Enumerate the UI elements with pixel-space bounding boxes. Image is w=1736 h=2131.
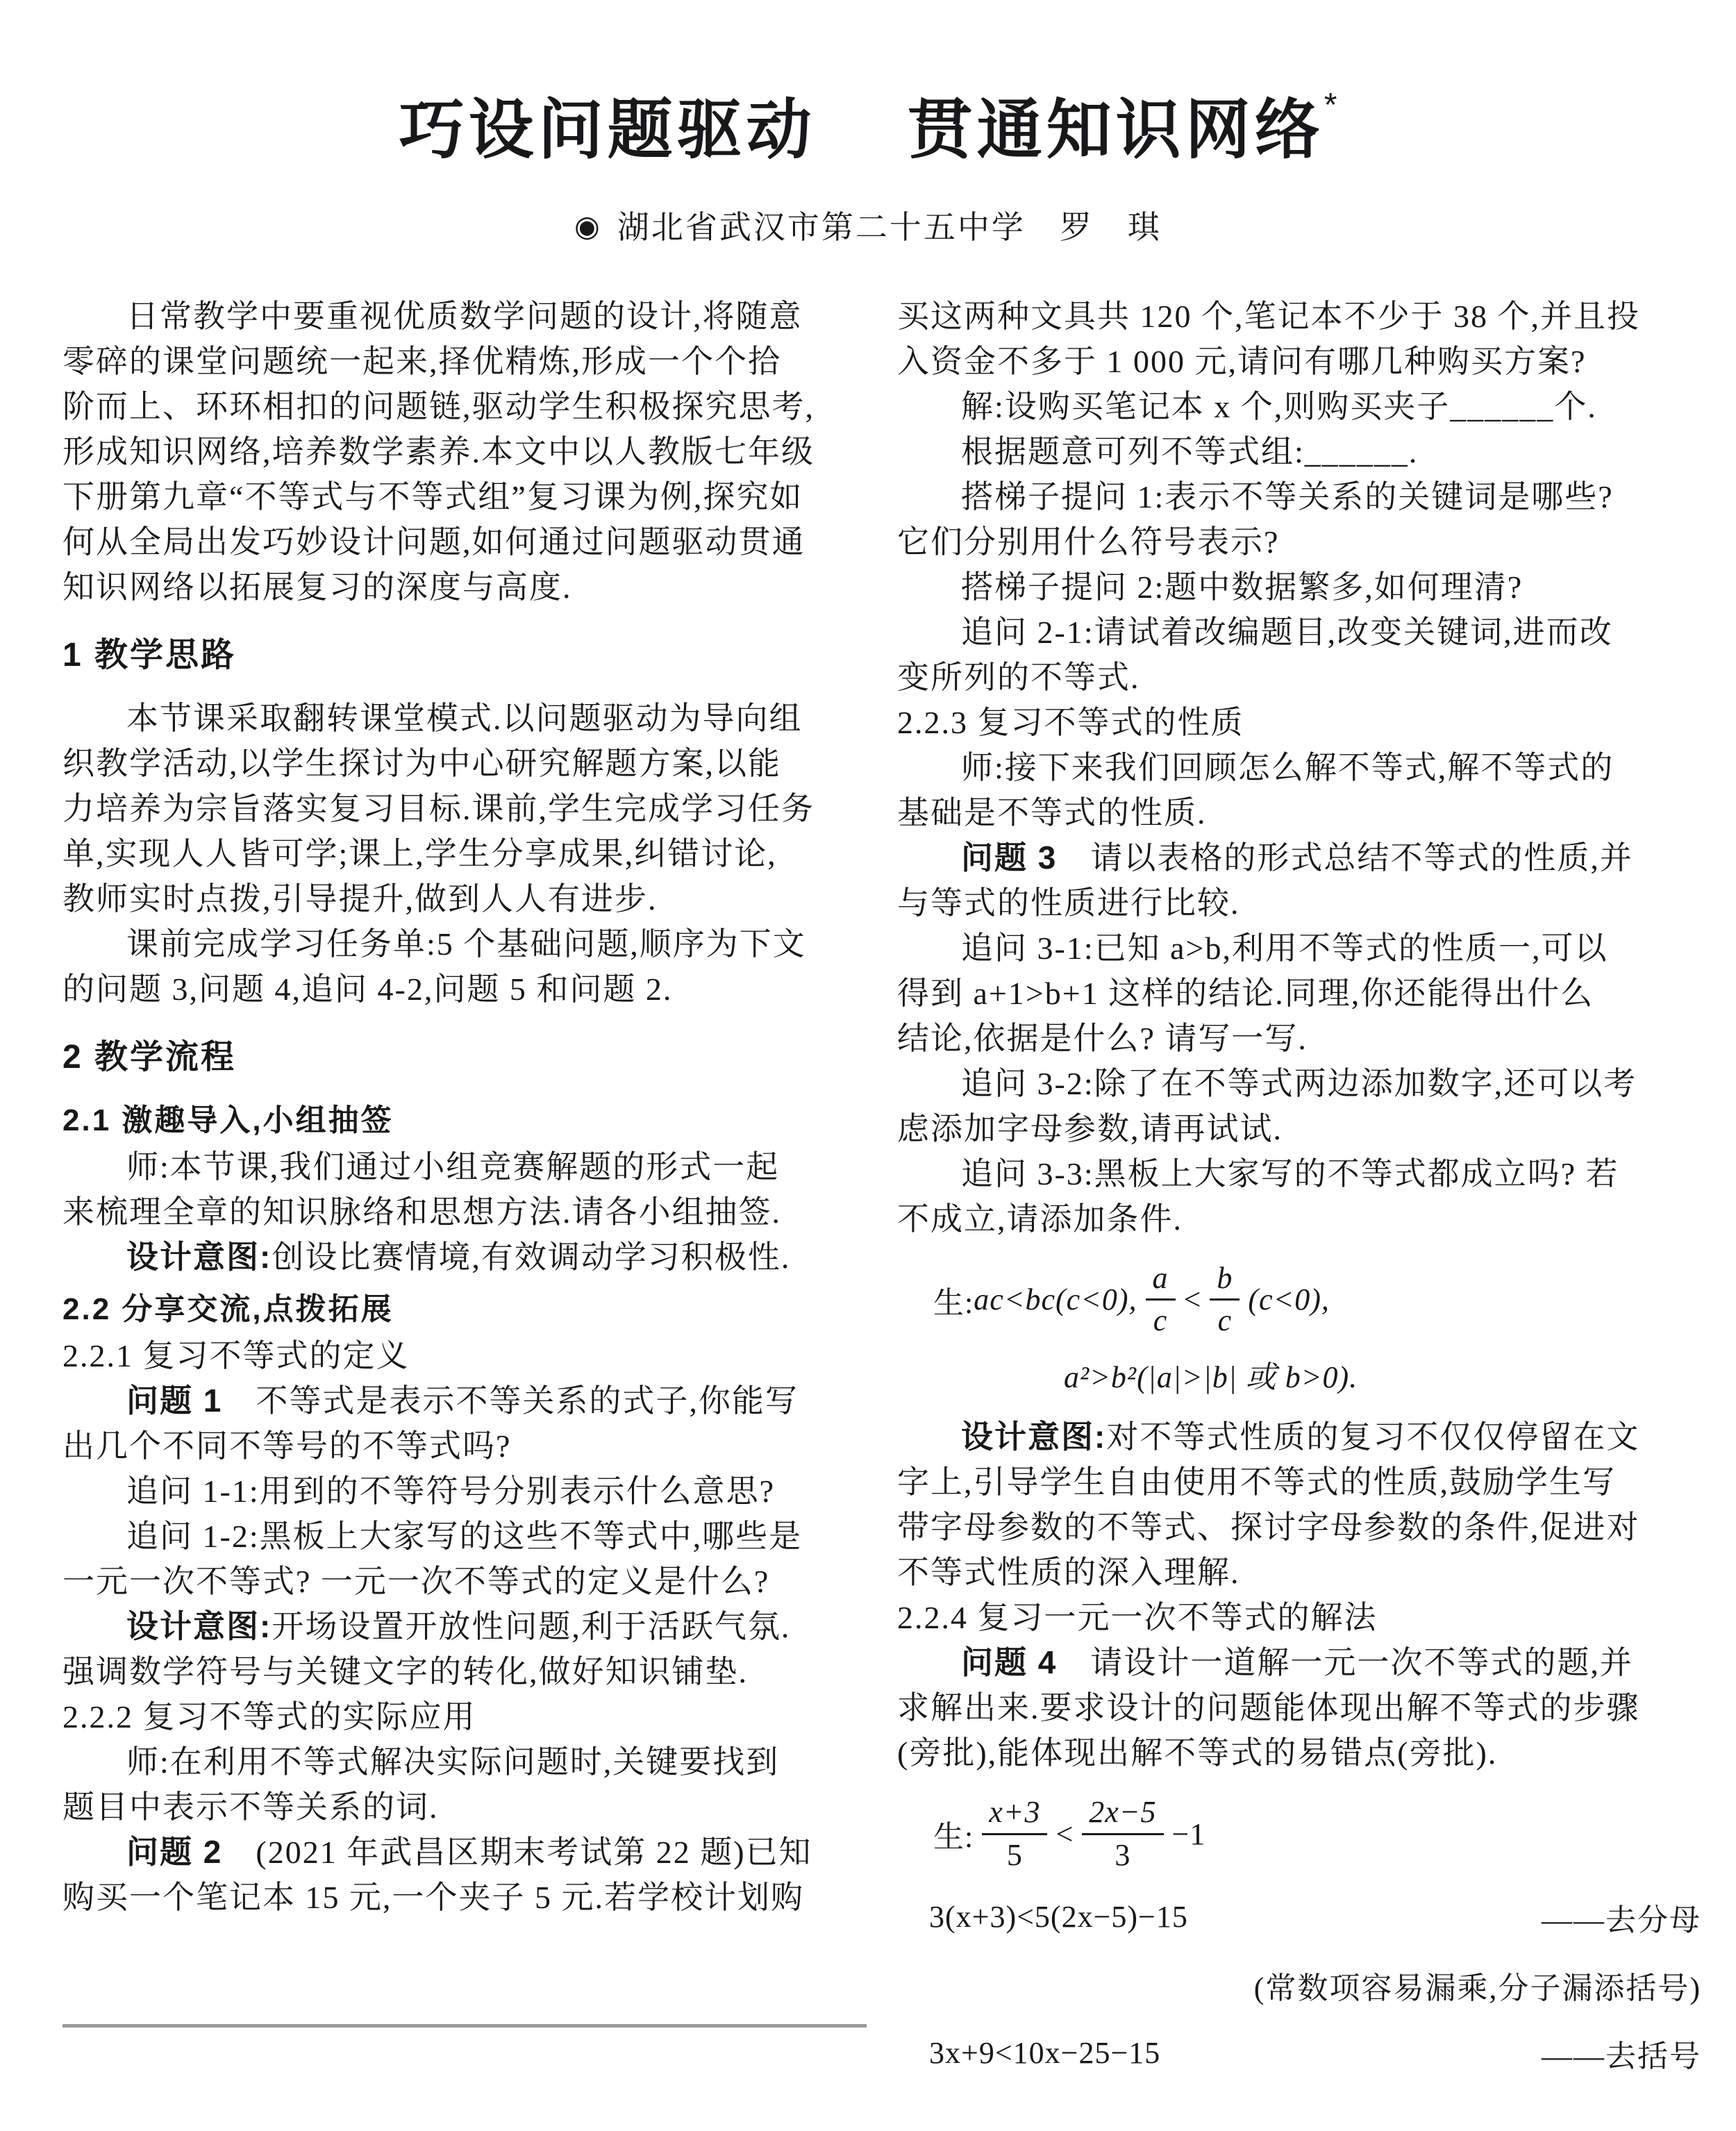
section-heading-2: 2 教学流程	[62, 1038, 867, 1077]
text-line: 追问 1-2:黑板上大家写的这些不等式中,哪些是	[62, 1514, 867, 1559]
section-heading-1: 1 教学思路	[62, 636, 867, 675]
text-line: 日常教学中要重视优质数学问题的设计,将随意	[62, 294, 867, 339]
problem-3-label: 问题 3	[961, 839, 1057, 876]
text-line: 购买一个笔记本 15 元,一个夹子 5 元.若学校计划购	[62, 1875, 867, 1920]
text-line: 与等式的性质进行比较.	[897, 880, 1701, 926]
author-bullet-icon: ◉	[574, 211, 602, 243]
text-line: 师:接下来我们回顾怎么解不等式,解不等式的	[897, 745, 1701, 790]
text-line: 教师实时点拨,引导提升,做到人人有进步.	[62, 876, 867, 921]
text-line: 追问 3-1:已知 a>b,利用不等式的性质一,可以	[897, 926, 1701, 971]
problem-1-label: 问题 1	[126, 1382, 222, 1419]
step-math: 3(x+3)<5(2x−5)−15	[929, 1899, 1188, 1934]
denominator: c	[1210, 1301, 1240, 1337]
text-line: 何从全局出发巧妙设计问题,如何通过问题驱动贯通	[62, 519, 867, 565]
text-line: 根据题意可列不等式组:______.	[897, 429, 1701, 474]
subsection-heading-2-2: 2.2 分享交流,点拨拓展	[62, 1287, 867, 1332]
step-error-note: (常数项容易漏乘,分子漏添括号)	[897, 1963, 1701, 2007]
text-line: 解:设购买笔记本 x 个,则购买夹子______个.	[897, 384, 1701, 429]
numerator: x+3	[982, 1796, 1047, 1835]
text-line: 设计意图:创设比赛情境,有效调动学习积极性.	[62, 1235, 867, 1280]
text-line: 得到 a+1>b+1 这样的结论.同理,你还能得出什么	[897, 971, 1701, 1016]
text-line: 强调数学符号与关键文字的转化,做好知识铺垫.	[62, 1649, 867, 1694]
text-line: 字上,引导学生自由使用不等式的性质,鼓励学生写	[897, 1460, 1701, 1505]
less-than-sign: <	[1184, 1282, 1202, 1317]
problem-2-label: 问题 2	[126, 1834, 222, 1870]
text-line: 问题 1 不等式是表示不等关系的式子,你能写	[62, 1378, 867, 1423]
denominator: c	[1146, 1301, 1176, 1337]
design-intent-label: 设计意图:	[961, 1419, 1106, 1455]
text-line: 追问 3-3:黑板上大家写的不等式都成立吗? 若	[897, 1151, 1701, 1196]
text-line: 下册第九章“不等式与不等式组”复习课为例,探究如	[62, 474, 867, 519]
text-line: 结论,依据是什么? 请写一写.	[897, 1016, 1701, 1061]
text-line: 追问 2-1:请试着改编题目,改变关键词,进而改	[897, 610, 1701, 655]
math-run: (c<0),	[1248, 1282, 1330, 1317]
numerator: b	[1210, 1262, 1240, 1301]
student-answer-properties-formula: 生: ac<bc(c<0), ac < bc (c<0),	[897, 1262, 1701, 1337]
text-line: 它们分别用什么符号表示?	[897, 519, 1701, 565]
page-title: 巧设问题驱动 贯通知识网络*	[0, 0, 1736, 172]
line-text: 创设比赛情境,有效调动学习积极性.	[272, 1239, 790, 1275]
text-line: 追问 1-1:用到的不等符号分别表示什么意思?	[62, 1469, 867, 1514]
line-text: (2021 年武昌区期末考试第 22 题)已知	[222, 1835, 812, 1870]
line-text: 开场设置开放性问题,利于活跃气氛.	[272, 1609, 790, 1644]
text-line: 买这两种文具共 120 个,笔记本不少于 38 个,并且投	[897, 294, 1701, 339]
text-line: 的问题 3,问题 4,追问 4-2,问题 5 和问题 2.	[62, 967, 867, 1012]
text-line: 求解出来.要求设计的问题能体现出解不等式的步骤	[897, 1685, 1701, 1730]
text-line: 单,实现人人皆可学;课上,学生分享成果,纠错讨论,	[62, 831, 867, 876]
affiliation: 湖北省武汉市第二十五中学	[617, 210, 1026, 245]
subsubsection-heading-2-2-2: 2.2.2 复习不等式的实际应用	[62, 1694, 867, 1739]
text-line: 形成知识网络,培养数学素养.本文中以人教版七年级	[62, 429, 867, 474]
title-text: 巧设问题驱动 贯通知识网络	[399, 93, 1324, 166]
text-line: 零碎的课堂问题统一起来,择优精炼,形成一个个拾	[62, 339, 867, 384]
fraction-b-over-c: bc	[1210, 1262, 1240, 1337]
text-line: 带字母参数的不等式、探讨字母参数的条件,促进对	[897, 1505, 1701, 1550]
author-name: 罗 琪	[1060, 210, 1162, 245]
line-text: 请设计一道解一元一次不等式的题,并	[1057, 1645, 1633, 1680]
text-line: 入资金不多于 1 000 元,请问有哪几种购买方案?	[897, 339, 1701, 384]
text-line: 问题 2 (2021 年武昌区期末考试第 22 题)已知	[62, 1830, 867, 1875]
student-label: 生:	[933, 1812, 974, 1856]
math-run: a²>b²(|a|>|b| 或 b>0).	[1064, 1352, 1358, 1396]
text-line: 不成立,请添加条件.	[897, 1196, 1701, 1242]
text-line: 搭梯子提问 1:表示不等关系的关键词是哪些?	[897, 474, 1701, 519]
step-math: 3x+9<10x−25−15	[929, 2035, 1160, 2071]
subsubsection-heading-2-2-3: 2.2.3 复习不等式的性质	[897, 700, 1701, 745]
design-intent-label: 设计意图:	[126, 1608, 272, 1644]
text-line: 设计意图:对不等式性质的复习不仅仅停留在文	[897, 1414, 1701, 1460]
subsection-heading-2-1: 2.1 激趣导入,小组抽签	[62, 1098, 867, 1143]
text-line: 题目中表示不等关系的词.	[62, 1785, 867, 1830]
text-line: 问题 3 请以表格的形式总结不等式的性质,并	[897, 835, 1701, 880]
text-line: 知识网络以拓展复习的深度与高度.	[62, 565, 867, 610]
line-text: 对不等式性质的复习不仅仅停留在文	[1106, 1419, 1639, 1455]
subsubsection-heading-2-2-4: 2.2.4 复习一元一次不等式的解法	[897, 1595, 1701, 1640]
text-line: 师:在利用不等式解决实际问题时,关键要找到	[62, 1739, 867, 1785]
text-line: 来梳理全章的知识脉络和思想方法.请各小组抽签.	[62, 1189, 867, 1235]
math-run: ac<bc(c<0),	[974, 1282, 1137, 1317]
footnote-asterisk: *	[1324, 87, 1337, 124]
line-text: 请以表格的形式总结不等式的性质,并	[1057, 840, 1633, 876]
two-column-body: 日常教学中要重视优质数学问题的设计,将随意 零碎的课堂问题统一起来,择优精炼,形…	[0, 294, 1736, 2099]
page: 巧设问题驱动 贯通知识网络* ◉湖北省武汉市第二十五中学 罗 琪 日常教学中要重…	[0, 0, 1736, 2131]
text-line: 力培养为宗旨落实复习目标.课前,学生完成学习任务	[62, 786, 867, 831]
student-answer-inequality-formula: 生: x+35 < 2x−53 −1	[897, 1796, 1701, 1871]
footnote-divider	[62, 2024, 867, 2028]
text-line: 师:本节课,我们通过小组竞赛解题的形式一起	[62, 1144, 867, 1189]
left-column: 日常教学中要重视优质数学问题的设计,将随意 零碎的课堂问题统一起来,择优精炼,形…	[62, 294, 867, 2099]
text-line: 本节课采取翻转课堂模式.以问题驱动为导向组	[62, 696, 867, 741]
student-label: 生:	[933, 1278, 974, 1322]
author-line: ◉湖北省武汉市第二十五中学 罗 琪	[0, 202, 1736, 248]
step-annotation: ——去括号	[1542, 2031, 1701, 2075]
line-text: 不等式是表示不等关系的式子,你能写	[222, 1383, 799, 1419]
solution-step-remove-denominator: 3(x+3)<5(2x−5)−15 ——去分母	[897, 1895, 1701, 1939]
less-than-sign: <	[1055, 1816, 1074, 1852]
design-intent-label: 设计意图:	[126, 1239, 272, 1275]
text-line: 问题 4 请设计一道解一元一次不等式的题,并	[897, 1640, 1701, 1685]
problem-4-label: 问题 4	[961, 1644, 1057, 1680]
math-run: −1	[1172, 1816, 1206, 1852]
step-annotation: ——去分母	[1542, 1895, 1701, 1939]
solution-step-remove-brackets: 3x+9<10x−25−15 ——去括号	[897, 2031, 1701, 2075]
text-line: 基础是不等式的性质.	[897, 790, 1701, 835]
text-line: 追问 3-2:除了在不等式两边添加数字,还可以考	[897, 1061, 1701, 1106]
denominator: 5	[982, 1835, 1047, 1871]
text-line: 阶而上、环环相扣的问题链,驱动学生积极探究思考,	[62, 384, 867, 429]
text-line: 一元一次不等式? 一元一次不等式的定义是什么?	[62, 1559, 867, 1604]
text-line: 课前完成学习任务单:5 个基础问题,顺序为下文	[62, 921, 867, 967]
fraction-2x-minus-5-over-3: 2x−53	[1082, 1796, 1163, 1871]
text-line: 搭梯子提问 2:题中数据繁多,如何理清?	[897, 565, 1701, 610]
numerator: 2x−5	[1082, 1796, 1163, 1835]
fraction-x-plus-3-over-5: x+35	[982, 1796, 1047, 1871]
text-line: 虑添加字母参数,请再试试.	[897, 1106, 1701, 1151]
text-line: 织教学活动,以学生探讨为中心研究解题方案,以能	[62, 741, 867, 786]
text-line: (旁批),能体现出解不等式的易错点(旁批).	[897, 1730, 1701, 1775]
fraction-a-over-c: ac	[1146, 1262, 1176, 1337]
numerator: a	[1146, 1262, 1176, 1301]
text-line: 出几个不同不等号的不等式吗?	[62, 1423, 867, 1469]
right-column: 买这两种文具共 120 个,笔记本不少于 38 个,并且投 入资金不多于 1 0…	[897, 294, 1701, 2099]
text-line: 设计意图:开场设置开放性问题,利于活跃气氛.	[62, 1604, 867, 1649]
denominator: 3	[1082, 1835, 1163, 1871]
student-answer-properties-formula-line2: a²>b²(|a|>|b| 或 b>0).	[897, 1352, 1701, 1396]
text-line: 不等式性质的深入理解.	[897, 1550, 1701, 1595]
text-line: 变所列的不等式.	[897, 655, 1701, 700]
subsubsection-heading-2-2-1: 2.2.1 复习不等式的定义	[62, 1333, 867, 1378]
